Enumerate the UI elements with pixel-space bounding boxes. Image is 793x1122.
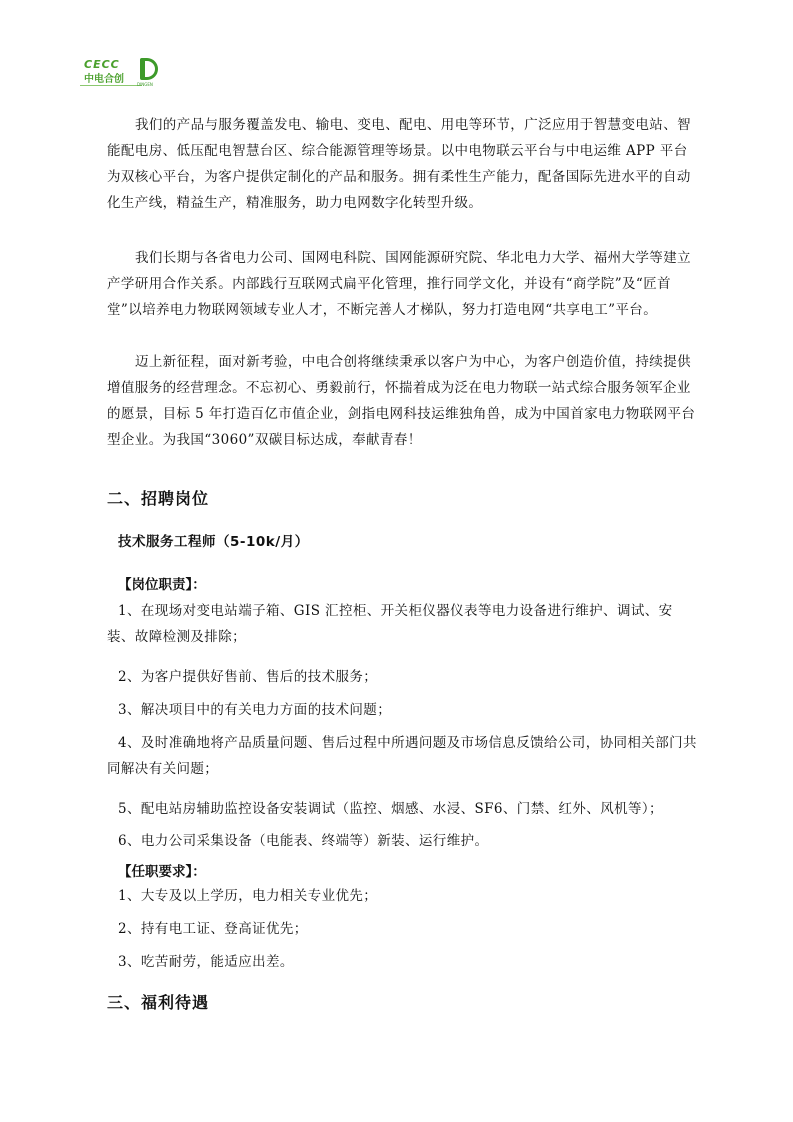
section-title-positions: 二、招聘岗位 <box>107 486 209 509</box>
company-logo: CECC 中电合创 DINGEN <box>80 56 170 92</box>
requirement-item: 1、大专及以上学历，电力相关专业优先； <box>118 883 698 909</box>
duty-text: 4、及时准确地将产品质量问题、售后过程中所遇问题及市场信息反馈给公司，协同相关部… <box>107 735 697 777</box>
requirements-label: 【任职要求】： <box>118 860 206 880</box>
requirement-item: 2、持有电工证、登高证优先； <box>118 916 698 942</box>
duty-item: 4、及时准确地将产品质量问题、售后过程中所遇问题及市场信息反馈给公司，协同相关部… <box>107 730 697 782</box>
requirement-item: 3、吃苦耐劳，能适应出差。 <box>118 949 698 975</box>
paragraph-partners: 我们长期与各省电力公司、国网电科院、国网能源研究院、华北电力大学、福州大学等建立… <box>107 245 697 323</box>
duty-item: 1、在现场对变电站端子箱、GIS 汇控柜、开关柜仪器仪表等电力设备进行维护、调试… <box>107 598 697 650</box>
duty-item: 3、解决项目中的有关电力方面的技术问题； <box>118 697 698 723</box>
section-title-benefits: 三、福利待遇 <box>107 990 209 1013</box>
logo-underline <box>80 85 142 89</box>
duties-label: 【岗位职责】： <box>118 573 206 593</box>
paragraph-text: 我们长期与各省电力公司、国网电科院、国网能源研究院、华北电力大学、福州大学等建立… <box>107 250 691 318</box>
duty-item: 5、配电站房辅助监控设备安装调试（监控、烟感、水浸、SF6、门禁、红外、风机等）… <box>118 796 698 822</box>
paragraph-vision: 迈上新征程，面对新考验，中电合创将继续秉承以客户为中心，为客户创造价值，持续提供… <box>107 349 697 453</box>
duty-text: 1、在现场对变电站端子箱、GIS 汇控柜、开关柜仪器仪表等电力设备进行维护、调试… <box>107 603 673 645</box>
logo-mark-text: DINGEN <box>137 82 153 87</box>
paragraph-text: 我们的产品与服务覆盖发电、输电、变电、配电、用电等环节，广泛应用于智慧变电站、智… <box>107 117 691 211</box>
paragraph-text: 迈上新征程，面对新考验，中电合创将继续秉承以客户为中心，为客户创造价值，持续提供… <box>107 354 695 448</box>
brand-mark-icon <box>140 58 158 80</box>
duty-item: 2、为客户提供好售前、售后的技术服务； <box>118 664 698 690</box>
duty-item: 6、电力公司采集设备（电能表、终端等）新装、运行维护。 <box>118 828 698 854</box>
logo-cn-text: 中电合创 <box>84 70 124 85</box>
paragraph-products: 我们的产品与服务覆盖发电、输电、变电、配电、用电等环节，广泛应用于智慧变电站、智… <box>107 112 697 216</box>
job-title: 技术服务工程师（5-10k/月） <box>118 530 309 550</box>
